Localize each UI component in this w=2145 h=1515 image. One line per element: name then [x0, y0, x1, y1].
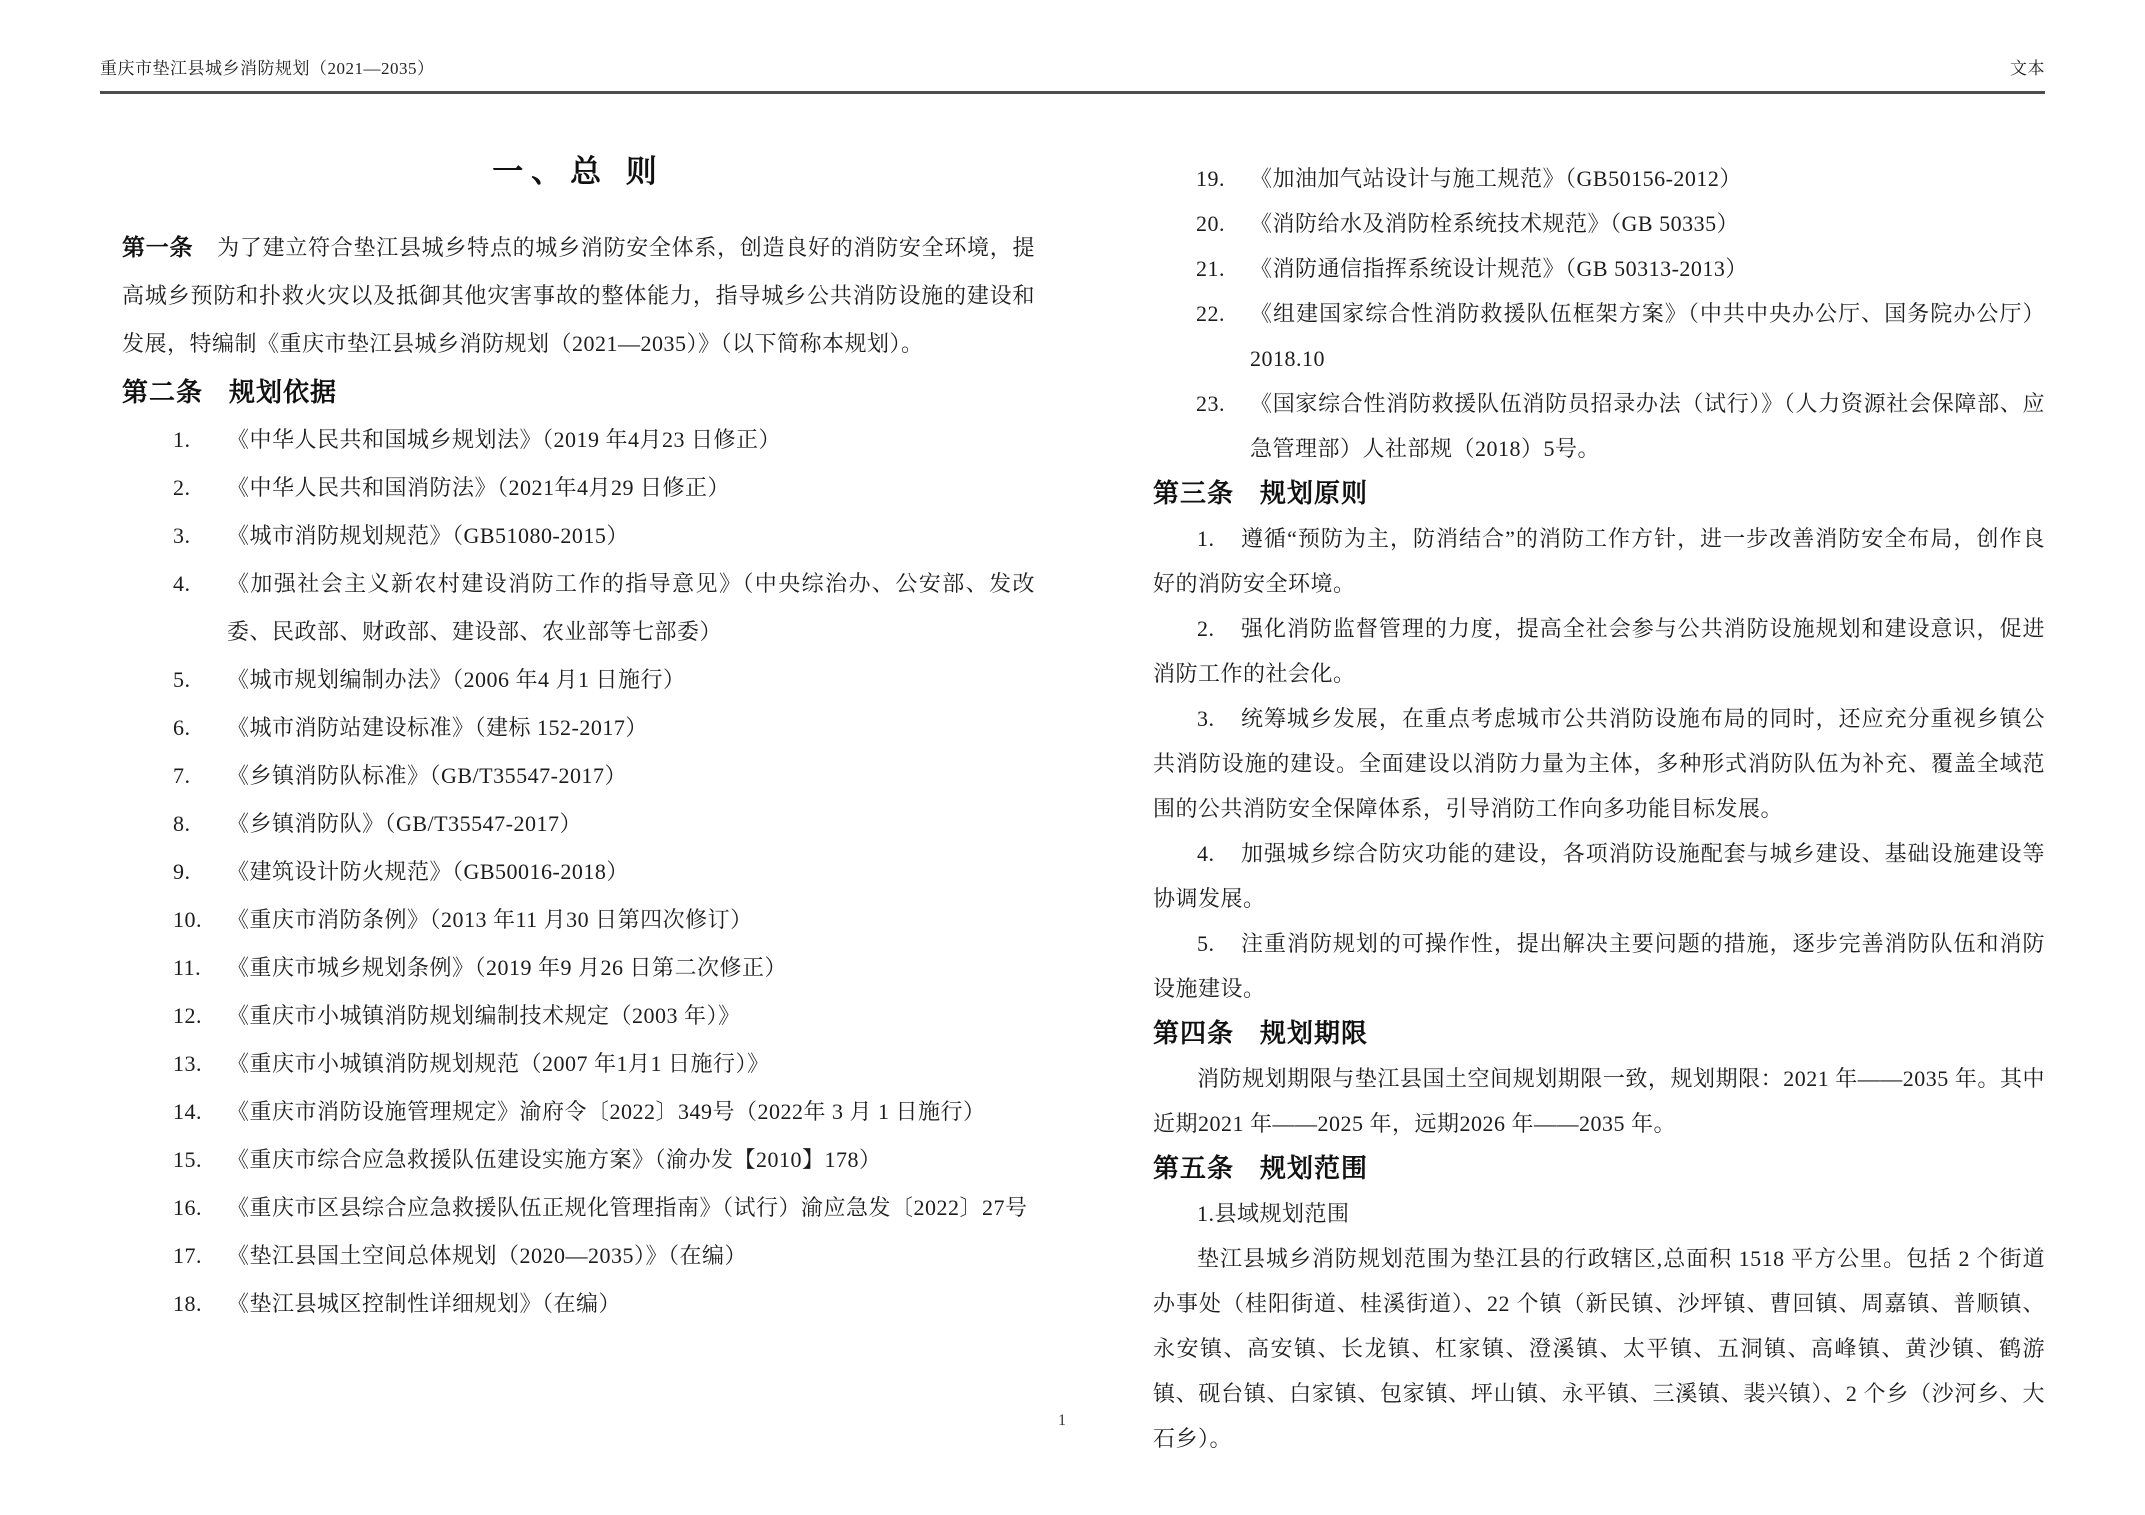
- reference-list: 1.《中华人民共和国城乡规划法》（2019 年4月23 日修正） 2.《中华人民…: [122, 416, 1035, 1328]
- reference-text: 《重庆市城乡规划条例》（2019 年9 月26 日第二次修正）: [227, 944, 1035, 992]
- principle-paragraph: 2.强化消防监督管理的力度，提高全社会参与公共消防设施规划和建设意识，促进消防工…: [1153, 606, 2045, 696]
- page-number: 1: [1058, 1412, 1066, 1430]
- article3-heading: 第三条规划原则: [1153, 471, 2045, 516]
- article4-paragraph: 消防规划期限与垫江县国土空间规划期限一致，规划期限：2021 年——2035 年…: [1153, 1056, 2045, 1146]
- reference-text: 《重庆市消防条例》（2013 年11 月30 日第四次修订）: [227, 896, 1035, 944]
- principle-paragraph: 1.遵循“预防为主，防消结合”的消防工作方针，进一步改善消防安全布局，创作良好的…: [1153, 516, 2045, 606]
- article2-label: 第二条: [122, 377, 203, 407]
- article1-paragraph: 第一条为了建立符合垫江县城乡特点的城乡消防安全体系，创造良好的消防安全环境，提高…: [122, 223, 1035, 368]
- article3-label: 第三条: [1153, 478, 1234, 508]
- reference-item: 13.《重庆市小城镇消防规划规范（2007 年1月1 日施行）》: [122, 1040, 1035, 1088]
- reference-item: 22.《组建国家综合性消防救援队伍框架方案》（中共中央办公厅、国务院办公厅）20…: [1153, 291, 2045, 381]
- article5-title: 规划范围: [1260, 1153, 1368, 1183]
- reference-number: 8.: [173, 800, 227, 848]
- reference-item: 11.《重庆市城乡规划条例》（2019 年9 月26 日第二次修正）: [122, 944, 1035, 992]
- reference-item: 10.《重庆市消防条例》（2013 年11 月30 日第四次修订）: [122, 896, 1035, 944]
- principle-text: 注重消防规划的可操作性，提出解决主要问题的措施，逐步完善消防队伍和消防设施建设。: [1153, 931, 2045, 1001]
- reference-number: 23.: [1196, 381, 1250, 471]
- reference-text: 《重庆市小城镇消防规划规范（2007 年1月1 日施行）》: [227, 1040, 1035, 1088]
- principle-paragraph: 3.统筹城乡发展，在重点考虑城市公共消防设施布局的同时，还应充分重视乡镇公共消防…: [1153, 696, 2045, 831]
- reference-number: 14.: [173, 1088, 227, 1136]
- reference-number: 2.: [173, 464, 227, 512]
- reference-item: 7.《乡镇消防队标准》（GB/T35547-2017）: [122, 752, 1035, 800]
- reference-number: 17.: [173, 1232, 227, 1280]
- reference-item: 21.《消防通信指挥系统设计规范》（GB 50313-2013）: [1153, 246, 2045, 291]
- reference-number: 22.: [1196, 291, 1250, 381]
- reference-item: 17.《垫江县国土空间总体规划（2020—2035）》（在编）: [122, 1232, 1035, 1280]
- reference-item: 5.《城市规划编制办法》（2006 年4 月1 日施行）: [122, 656, 1035, 704]
- reference-text: 《重庆市区县综合应急救援队伍正规化管理指南》（试行）渝应急发〔2022〕27号: [227, 1184, 1035, 1232]
- principle-number: 4.: [1197, 841, 1215, 866]
- reference-text: 《中华人民共和国消防法》（2021年4月29 日修正）: [227, 464, 1035, 512]
- article2-title: 规划依据: [229, 377, 337, 407]
- reference-number: 19.: [1196, 156, 1250, 201]
- article1-text: 为了建立符合垫江县城乡特点的城乡消防安全体系，创造良好的消防安全环境，提高城乡预…: [122, 235, 1035, 356]
- reference-item: 12.《重庆市小城镇消防规划编制技术规定（2003 年）》: [122, 992, 1035, 1040]
- reference-number: 12.: [173, 992, 227, 1040]
- chapter-title: 一、总 则: [122, 148, 1035, 196]
- reference-text: 《城市消防站建设标准》（建标 152-2017）: [227, 704, 1035, 752]
- document-page: 重庆市垫江县城乡消防规划（2021—2035） 文本 一、总 则 第一条为了建立…: [0, 0, 2145, 1515]
- reference-text: 《加油加气站设计与施工规范》（GB50156-2012）: [1250, 156, 2045, 201]
- reference-text: 《乡镇消防队》（GB/T35547-2017）: [227, 800, 1035, 848]
- header-doc-type: 文本: [2010, 54, 2045, 79]
- reference-text: 《加强社会主义新农村建设消防工作的指导意见》（中央综治办、公安部、发改委、民政部…: [227, 560, 1035, 656]
- reference-item: 15.《重庆市综合应急救援队伍建设实施方案》（渝办发【2010】178）: [122, 1136, 1035, 1184]
- article5-paragraph: 垫江县城乡消防规划范围为垫江县的行政辖区,总面积 1518 平方公里。包括 2 …: [1153, 1236, 2045, 1461]
- page-header: 重庆市垫江县城乡消防规划（2021—2035） 文本: [100, 54, 2045, 79]
- reference-number: 13.: [173, 1040, 227, 1088]
- article5-heading: 第五条规划范围: [1153, 1146, 2045, 1191]
- principle-paragraph: 4.加强城乡综合防灾功能的建设，各项消防设施配套与城乡建设、基础设施建设等协调发…: [1153, 831, 2045, 921]
- reference-number: 7.: [173, 752, 227, 800]
- header-rule: [100, 91, 2045, 94]
- principle-text: 遵循“预防为主，防消结合”的消防工作方针，进一步改善消防安全布局，创作良好的消防…: [1153, 526, 2045, 596]
- reference-number: 5.: [173, 656, 227, 704]
- reference-list-continued: 19.《加油加气站设计与施工规范》（GB50156-2012） 20.《消防给水…: [1153, 156, 2045, 471]
- reference-text: 《垫江县国土空间总体规划（2020—2035）》（在编）: [227, 1232, 1035, 1280]
- reference-item: 23.《国家综合性消防救援队伍消防员招录办法（试行）》（人力资源社会保障部、应急…: [1153, 381, 2045, 471]
- principle-number: 2.: [1197, 616, 1215, 641]
- reference-item: 18.《垫江县城区控制性详细规划》（在编）: [122, 1280, 1035, 1328]
- reference-number: 6.: [173, 704, 227, 752]
- reference-number: 10.: [173, 896, 227, 944]
- reference-item: 20.《消防给水及消防栓系统技术规范》（GB 50335）: [1153, 201, 2045, 246]
- principle-number: 5.: [1197, 931, 1215, 956]
- reference-item: 4.《加强社会主义新农村建设消防工作的指导意见》（中央综治办、公安部、发改委、民…: [122, 560, 1035, 656]
- reference-text: 《城市规划编制办法》（2006 年4 月1 日施行）: [227, 656, 1035, 704]
- principle-text: 强化消防监督管理的力度，提高全社会参与公共消防设施规划和建设意识，促进消防工作的…: [1153, 616, 2045, 686]
- reference-text: 《国家综合性消防救援队伍消防员招录办法（试行）》（人力资源社会保障部、应急管理部…: [1250, 381, 2045, 471]
- reference-text: 《消防给水及消防栓系统技术规范》（GB 50335）: [1250, 201, 2045, 246]
- reference-number: 4.: [173, 560, 227, 656]
- reference-item: 14.《重庆市消防设施管理规定》渝府令〔2022〕349号（2022年 3 月 …: [122, 1088, 1035, 1136]
- reference-item: 16.《重庆市区县综合应急救援队伍正规化管理指南》（试行）渝应急发〔2022〕2…: [122, 1184, 1035, 1232]
- reference-number: 15.: [173, 1136, 227, 1184]
- header-doc-title: 重庆市垫江县城乡消防规划（2021—2035）: [100, 54, 435, 79]
- reference-text: 《城市消防规划规范》（GB51080-2015）: [227, 512, 1035, 560]
- principle-text: 加强城乡综合防灾功能的建设，各项消防设施配套与城乡建设、基础设施建设等协调发展。: [1153, 841, 2045, 911]
- reference-item: 8.《乡镇消防队》（GB/T35547-2017）: [122, 800, 1035, 848]
- principle-text: 统筹城乡发展，在重点考虑城市公共消防设施布局的同时，还应充分重视乡镇公共消防设施…: [1153, 706, 2045, 821]
- reference-number: 16.: [173, 1184, 227, 1232]
- reference-text: 《重庆市消防设施管理规定》渝府令〔2022〕349号（2022年 3 月 1 日…: [227, 1088, 1035, 1136]
- reference-item: 9.《建筑设计防火规范》（GB50016-2018）: [122, 848, 1035, 896]
- reference-text: 《组建国家综合性消防救援队伍框架方案》（中共中央办公厅、国务院办公厅）2018.…: [1250, 291, 2045, 381]
- principle-paragraph: 5.注重消防规划的可操作性，提出解决主要问题的措施，逐步完善消防队伍和消防设施建…: [1153, 921, 2045, 1011]
- reference-text: 《中华人民共和国城乡规划法》（2019 年4月23 日修正）: [227, 416, 1035, 464]
- reference-number: 9.: [173, 848, 227, 896]
- left-column: 一、总 则 第一条为了建立符合垫江县城乡特点的城乡消防安全体系，创造良好的消防安…: [122, 130, 1035, 1328]
- principle-number: 1.: [1197, 526, 1215, 551]
- reference-number: 3.: [173, 512, 227, 560]
- right-column: 19.《加油加气站设计与施工规范》（GB50156-2012） 20.《消防给水…: [1153, 130, 2045, 1461]
- reference-text: 《重庆市综合应急救援队伍建设实施方案》（渝办发【2010】178）: [227, 1136, 1035, 1184]
- article3-title: 规划原则: [1260, 478, 1368, 508]
- article1-label: 第一条: [122, 234, 193, 260]
- reference-text: 《建筑设计防火规范》（GB50016-2018）: [227, 848, 1035, 896]
- reference-item: 6.《城市消防站建设标准》（建标 152-2017）: [122, 704, 1035, 752]
- article4-label: 第四条: [1153, 1018, 1234, 1048]
- article4-heading: 第四条规划期限: [1153, 1011, 2045, 1056]
- reference-number: 18.: [173, 1280, 227, 1328]
- reference-number: 21.: [1196, 246, 1250, 291]
- reference-item: 1.《中华人民共和国城乡规划法》（2019 年4月23 日修正）: [122, 416, 1035, 464]
- article5-subtitle: 1.县域规划范围: [1153, 1191, 2045, 1236]
- reference-text: 《垫江县城区控制性详细规划》（在编）: [227, 1280, 1035, 1328]
- reference-number: 11.: [173, 944, 227, 992]
- reference-number: 20.: [1196, 201, 1250, 246]
- reference-item: 3.《城市消防规划规范》（GB51080-2015）: [122, 512, 1035, 560]
- reference-item: 2.《中华人民共和国消防法》（2021年4月29 日修正）: [122, 464, 1035, 512]
- reference-item: 19.《加油加气站设计与施工规范》（GB50156-2012）: [1153, 156, 2045, 201]
- reference-text: 《重庆市小城镇消防规划编制技术规定（2003 年）》: [227, 992, 1035, 1040]
- reference-number: 1.: [173, 416, 227, 464]
- article5-label: 第五条: [1153, 1153, 1234, 1183]
- reference-text: 《乡镇消防队标准》（GB/T35547-2017）: [227, 752, 1035, 800]
- reference-text: 《消防通信指挥系统设计规范》（GB 50313-2013）: [1250, 246, 2045, 291]
- article4-title: 规划期限: [1260, 1018, 1368, 1048]
- article2-heading: 第二条规划依据: [122, 368, 1035, 416]
- principle-number: 3.: [1197, 706, 1215, 731]
